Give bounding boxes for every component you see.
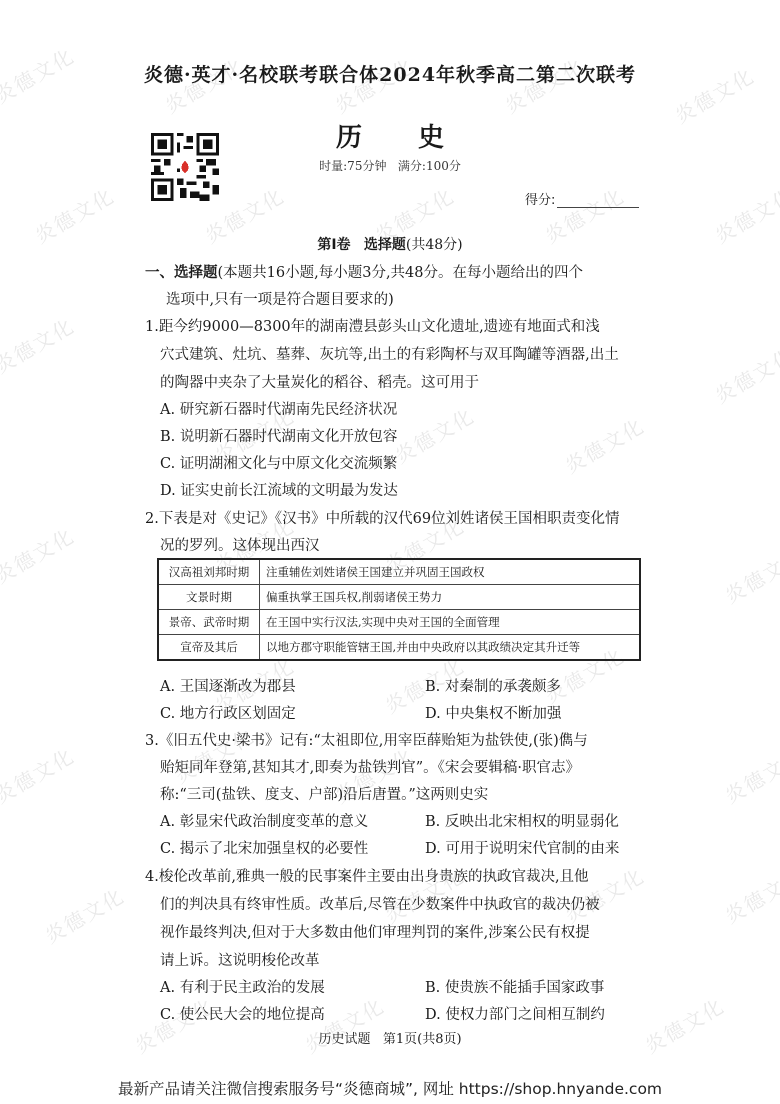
question-text: 下表是对《史记》《汉书》中所载的汉代69位刘姓诸侯王国相职责变化情 [159,511,620,527]
table-row: 汉高祖刘邦时期 注重辅佐刘姓诸侯王国建立并巩固王国政权 [158,559,640,585]
watermark: 炎德文化 [719,740,780,809]
section-suffix: (共48分) [406,237,463,253]
question-text: 们的判决具有终审性质。改革后,尽管在少数案件中执政官的裁决仍被 [160,893,600,914]
table-row: 文景时期 偏重执掌王国兵权,削弱诸侯王势力 [158,585,640,610]
exam-meta: 时量:75分钟 满分:100分 [0,157,780,174]
watermark: 炎德文化 [559,410,650,479]
option-b[interactable]: B. 使贵族不能插手国家政事 [425,976,604,997]
question-number: 1. [145,319,159,335]
watermark: 炎德文化 [719,860,780,929]
score-blank[interactable] [557,195,639,208]
question-text: 穴式建筑、灶坑、墓葬、灰坑等,出土的有彩陶杯与双耳陶罐等酒器,出土 [160,343,619,364]
option-c[interactable]: C. 揭示了北宋加强皇权的必要性 [160,837,368,858]
option-d[interactable]: D. 证实史前长江流域的文明最为发达 [160,479,398,500]
watermark: 炎德文化 [389,400,480,469]
option-c[interactable]: C. 使公民大会的地位提高 [160,1003,325,1024]
option-b[interactable]: B. 说明新石器时代湖南文化开放包容 [160,425,397,446]
question-text: 视作最终判决,但对于大多数由他们审理判罚的案件,涉案公民有权提 [160,921,590,942]
option-c[interactable]: C. 证明湖湘文化与中原文化交流频繁 [160,452,397,473]
table-cell-period: 汉高祖刘邦时期 [158,559,260,585]
instructions-line2: 选项中,只有一项是符合题目要求的) [166,288,394,309]
question-text: 称:“三司(盐铁、度支、户部)沿后唐置。”这两则史实 [160,783,488,804]
table-cell-duty: 以地方郡守职能管辖王国,并由中央政府以其政绩决定其升迁等 [260,635,641,661]
option-d[interactable]: D. 可用于说明宋代官制的由来 [425,837,619,858]
question-text: 请上诉。这说明梭伦改革 [160,949,320,970]
option-a[interactable]: A. 研究新石器时代湖南先民经济状况 [160,398,397,419]
question-text: 况的罗列。这体现出西汉 [160,534,320,555]
watermark: 炎德文化 [0,740,79,809]
section-prefix: 第Ⅰ卷 [317,237,350,253]
option-c[interactable]: C. 地方行政区划固定 [160,702,296,723]
table-row: 宣帝及其后 以地方郡守职能管辖王国,并由中央政府以其政绩决定其升迁等 [158,635,640,661]
promo-note: 最新产品请关注微信搜索服务号“炎德商城”, 网址 https://shop.hn… [0,1077,780,1099]
option-a[interactable]: A. 王国逐渐改为郡县 [160,675,296,696]
question-text: 梭伦改革前,雅典一般的民事案件主要由出身贵族的执政官裁决,且他 [159,869,589,885]
score-field[interactable]: 得分: [525,189,639,208]
question-2: 2.下表是对《史记》《汉书》中所载的汉代69位刘姓诸侯王国相职责变化情 [145,507,620,528]
option-a[interactable]: A. 彰显宋代政治制度变革的意义 [160,810,368,831]
instructions: 一、选择题(本题共16小题,每小题3分,共48分。在每小题给出的四个 [145,261,583,282]
question-number: 2. [145,511,159,527]
table-cell-duty: 在王国中实行汉法,实现中央对王国的全面管理 [260,610,641,635]
watermark: 炎德文化 [709,340,780,409]
instructions-heading: 一、选择题 [145,265,218,281]
question-4: 4.梭伦改革前,雅典一般的民事案件主要由出身贵族的执政官裁决,且他 [145,865,589,886]
option-d[interactable]: D. 中央集权不断加强 [425,702,561,723]
question-text: 贻矩同年登第,甚知其才,即奏为盐铁判官”。《宋会要辑稿·职官志》 [160,756,580,777]
question-1: 1.距今约9000—8300年的湖南澧县彭头山文化遗址,遗迹有地面式和浅 [145,315,600,336]
option-b[interactable]: B. 对秦制的承袭颇多 [425,675,561,696]
option-a[interactable]: A. 有利于民主政治的发展 [160,976,325,997]
exam-title: 炎德·英才·名校联考联合体2024年秋季高二第二次联考 [0,60,780,87]
watermark: 炎德文化 [39,880,130,949]
question-text: 距今约9000—8300年的湖南澧县彭头山文化遗址,遗迹有地面式和浅 [159,319,600,335]
question-text: 《旧五代史·梁书》记有:“太祖即位,用宰臣薛贻矩为盐铁使,(张)儁与 [159,733,588,749]
watermark: 炎德文化 [719,540,780,609]
table-row: 景帝、武帝时期 在王国中实行汉法,实现中央对王国的全面管理 [158,610,640,635]
question-3: 3.《旧五代史·梁书》记有:“太祖即位,用宰臣薛贻矩为盐铁使,(张)儁与 [145,729,588,750]
section-main: 选择题 [364,237,406,253]
subject-char-1: 历 [336,123,362,153]
watermark: 炎德文化 [0,520,79,589]
option-d[interactable]: D. 使权力部门之间相互制约 [425,1003,605,1024]
instructions-line1: (本题共16小题,每小题3分,共48分。在每小题给出的四个 [218,265,584,281]
watermark: 炎德文化 [0,310,79,379]
watermark: 炎德文化 [129,990,220,1059]
option-b[interactable]: B. 反映出北宋相权的明显弱化 [425,810,619,831]
table-cell-duty: 偏重执掌王国兵权,削弱诸侯王势力 [260,585,641,610]
watermark: 炎德文化 [639,990,730,1059]
table-cell-period: 文景时期 [158,585,260,610]
score-label: 得分: [525,193,555,208]
table-cell-period: 景帝、武帝时期 [158,610,260,635]
question-text: 的陶器中夹杂了大量炭化的稻谷、稻壳。这可用于 [160,371,479,392]
section-title: 第Ⅰ卷 选择题(共48分) [0,234,780,254]
subject-char-2: 史 [418,123,444,153]
table-cell-period: 宣帝及其后 [158,635,260,661]
question-number: 4. [145,869,159,885]
watermark: 炎德文化 [299,990,390,1059]
table-cell-duty: 注重辅佐刘姓诸侯王国建立并巩固王国政权 [260,559,641,585]
question-2-table: 汉高祖刘邦时期 注重辅佐刘姓诸侯王国建立并巩固王国政权 文景时期 偏重执掌王国兵… [157,558,641,661]
question-number: 3. [145,733,159,749]
page-number: 历史试题 第1页(共8页) [0,1028,780,1047]
subject-title: 历史 [0,117,780,154]
